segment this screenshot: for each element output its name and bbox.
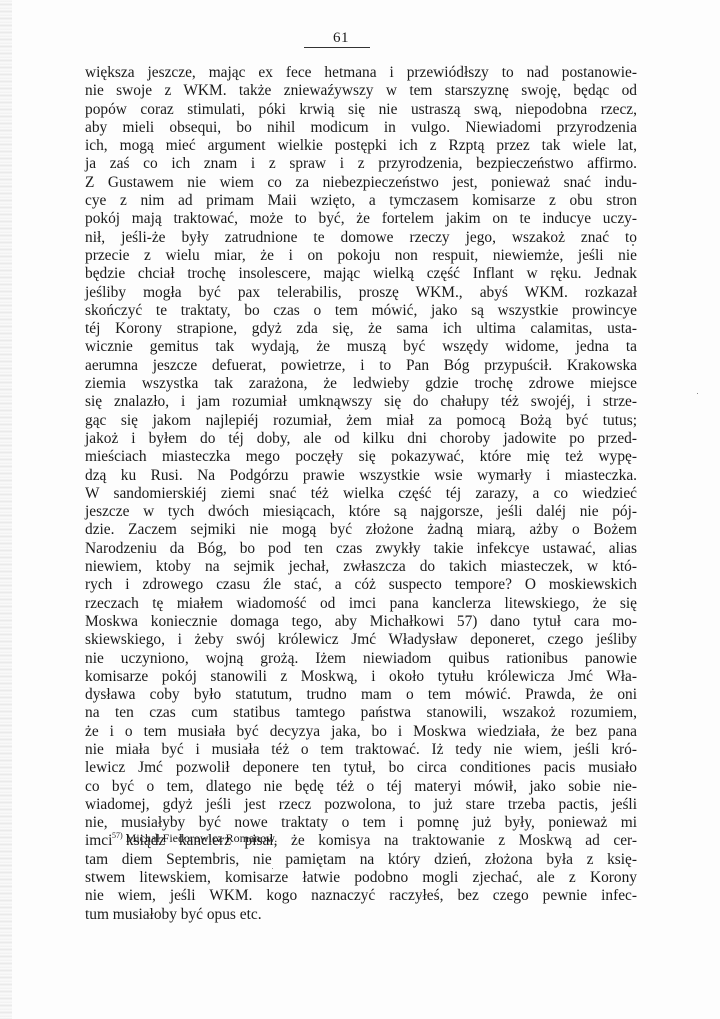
text-line: skiewskiego, i żeby swój królewicz Jmć W… — [85, 631, 637, 649]
text-line: popów coraz stimulati, póki krwią się ni… — [85, 101, 637, 119]
text-line: Z Gustawem nie wiem co za niebezpieczeńs… — [85, 174, 637, 192]
scan-speck — [632, 244, 634, 246]
text-line: się znalazło, i jam rozumiał umknąwszy s… — [85, 393, 637, 411]
page-number-rule — [304, 47, 370, 48]
text-line: jeśliby mogła być pax telerabilis, prosz… — [85, 284, 637, 302]
text-line: téj Korony strapione, gdyż zda się, że s… — [85, 320, 637, 338]
text-line: gąc się jakom najlepiéj rozumiał, żem mi… — [85, 412, 637, 430]
body-text: większa jeszcze, mając ex fece hetmana i… — [85, 64, 637, 924]
text-line: co być o tem, dlatego nie będę téż o téj… — [85, 778, 637, 796]
text-line: cye z nim ad primam Maii wzięto, a tymcz… — [85, 192, 637, 210]
text-line: będzie chciał trochę insolescere, mając … — [85, 265, 637, 283]
text-line: nie wiem, jeśli WKM. kogo naznaczyć racz… — [85, 887, 637, 905]
text-line: wicznie gemitus tak wydają, że muszą być… — [85, 338, 637, 356]
text-line: większa jeszcze, mając ex fece hetmana i… — [85, 64, 637, 82]
text-line: nie, musiałyby być nowe traktaty o tem i… — [85, 814, 637, 832]
text-line: komisarze pokój stanowili z Moskwą, i ok… — [85, 668, 637, 686]
text-line: tam diem Septembris, nie pamiętam na któ… — [85, 851, 637, 869]
text-line: tum musiałoby być opus etc. — [85, 906, 637, 924]
page-number: 61 — [321, 30, 361, 47]
text-line: jakoż i byłem do téj doby, ale od kilku … — [85, 430, 637, 448]
scan-speck — [272, 868, 273, 869]
text-line: jeszcze w tych dwóch miesiącach, które s… — [85, 503, 637, 521]
text-line: dysława coby było statutum, trudno mam o… — [85, 686, 637, 704]
text-line: przecie z wielu miar, że i on pokoju non… — [85, 247, 637, 265]
text-line: nie miała być i musiała téż o tem trakto… — [85, 741, 637, 759]
text-line: mieściach miasteczka mego poczęły się po… — [85, 448, 637, 466]
text-line: aby mieli obsequi, bo nihil modicum in v… — [85, 119, 637, 137]
text-line: stwem litewskiem, komisarze łatwie podob… — [85, 869, 637, 887]
text-line: na ten czas cum statibus tamtego państwa… — [85, 704, 637, 722]
text-line: nie uczyniono, wojną grożą. Iżem niewiad… — [85, 650, 637, 668]
text-line: wiadomej, gdyż jeśli jest rzecz pozwolon… — [85, 796, 637, 814]
scan-edge-artifact — [0, 0, 12, 1019]
text-line: dzą ku Rusi. Na Podgórzu prawie wszystki… — [85, 467, 637, 485]
text-line: W sandomierskiéj ziemi snać téż wielka c… — [85, 485, 637, 503]
text-line: że i o tem musiała być decyzya jaka, bo … — [85, 723, 637, 741]
text-line: pokój mają traktować, może to być, że fo… — [85, 210, 637, 228]
text-line: skończyć te traktaty, bo czas o tem mówi… — [85, 302, 637, 320]
text-line: nie swoje z WKM. także zniewaźywszy w te… — [85, 82, 637, 100]
text-line: rych i zdrowego czasu źle stać, a cóż su… — [85, 576, 637, 594]
text-line: Moskwa koniecznie domaga tego, aby Micha… — [85, 613, 637, 631]
text-line: ziemia wszystka tak zarażona, że ledwieb… — [85, 375, 637, 393]
text-line: ja zaś co ich znam i z spraw i z przyrod… — [85, 155, 637, 173]
footnote-marker: 57) — [112, 831, 123, 840]
text-line: ich, mogą mieć argument wielkie postępki… — [85, 137, 637, 155]
text-line: niewiem, ktoby na sejmik jechał, zwłaszc… — [85, 558, 637, 576]
text-line: rzeczach tę miałem wiadomość od imci pan… — [85, 595, 637, 613]
text-line: lewicz Jmć pozwolił deponere ten tytuł, … — [85, 759, 637, 777]
text-line: aerumna jeszcze defuerat, powietrze, i t… — [85, 357, 637, 375]
footnote-text: Michał Fiedorowicz Romanow. — [126, 831, 278, 845]
scan-speck — [697, 393, 698, 394]
text-line: nił, jeśli-że były zatrudnione te domowe… — [85, 229, 637, 247]
text-line: dzie. Zaczem sejmiki nie mogą być złożon… — [85, 521, 637, 539]
text-line: Narodzeniu da Bóg, bo pod ten czas zwykł… — [85, 540, 637, 558]
footnote: 57) Michał Fiedorowicz Romanow. — [112, 831, 277, 846]
